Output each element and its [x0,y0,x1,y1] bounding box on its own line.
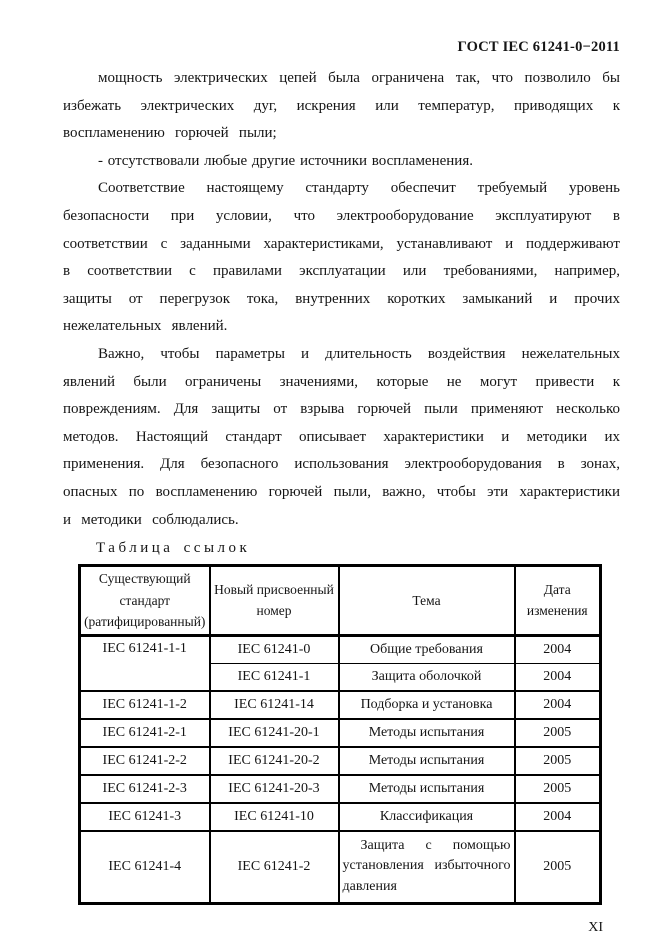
document-code-header: ГОСТ IEC 61241-0−2011 [63,38,620,56]
cell-new-number: IEC 61241-1 [210,663,339,691]
cell-topic: Защита с помощью установления избыточног… [339,831,515,904]
cell-new-number: IEC 61241-20-3 [210,775,339,803]
references-table: Существующий стандарт (ратифицированный)… [78,564,602,905]
cell-new-number: IEC 61241-2 [210,831,339,904]
paragraph-importance: Важно, чтобы параметры и длительность во… [63,341,620,534]
cell-existing-standard: IEC 61241-1-2 [80,691,210,719]
cell-new-number: IEC 61241-20-1 [210,719,339,747]
table-row: IEC 61241-2-1 IEC 61241-20-1 Методы испы… [80,719,601,747]
table-row: IEC 61241-1-1 IEC 61241-0 Общие требован… [80,635,601,663]
table-row: IEC 61241-2-3 IEC 61241-20-3 Методы испы… [80,775,601,803]
cell-new-number: IEC 61241-10 [210,803,339,831]
cell-existing-standard: IEC 61241-4 [80,831,210,904]
cell-existing-standard: IEC 61241-2-3 [80,775,210,803]
cell-existing-standard: IEC 61241-3 [80,803,210,831]
references-table-header: Существующий стандарт (ратифицированный)… [80,566,601,636]
cell-change-date: 2005 [515,719,601,747]
table-row: IEC 61241-3 IEC 61241-10 Классификация 2… [80,803,601,831]
cell-existing-standard: IEC 61241-2-1 [80,719,210,747]
cell-new-number: IEC 61241-14 [210,691,339,719]
paragraph-compliance: Соответствие настоящему стандарту обеспе… [63,175,620,341]
table-row: IEC 61241-1-2 IEC 61241-14 Подборка и ус… [80,691,601,719]
column-header-topic: Тема [339,566,515,636]
cell-change-date: 2005 [515,831,601,904]
cell-topic: Классификация [339,803,515,831]
cell-topic: Методы испытания [339,747,515,775]
cell-new-number: IEC 61241-0 [210,635,339,663]
cell-topic: Методы испытания [339,775,515,803]
cell-topic: Методы испытания [339,719,515,747]
page-number: XI [63,920,620,936]
column-header-change-date: Дата изменения [515,566,601,636]
cell-change-date: 2004 [515,691,601,719]
table-header-row: Существующий стандарт (ратифицированный)… [80,566,601,636]
cell-topic: Общие требования [339,635,515,663]
cell-change-date: 2004 [515,635,601,663]
document-page: ГОСТ IEC 61241-0−2011 мощность электриче… [0,0,661,936]
cell-new-number: IEC 61241-20-2 [210,747,339,775]
column-header-new-number: Новый присвоенный номер [210,566,339,636]
cell-topic: Защита оболочкой [339,663,515,691]
column-header-existing-standard: Существующий стандарт (ратифицированный) [80,566,210,636]
cell-change-date: 2005 [515,747,601,775]
paragraph-no-other-sources: - отсутствовали любые другие источники в… [63,148,620,176]
body-text-block: мощность электрических цепей была ограни… [63,65,620,534]
cell-existing-standard: IEC 61241-1-1 [80,635,210,691]
table-row: IEC 61241-2-2 IEC 61241-20-2 Методы испы… [80,747,601,775]
cell-topic: Подборка и установка [339,691,515,719]
cell-change-date: 2004 [515,663,601,691]
cell-change-date: 2004 [515,803,601,831]
cell-existing-standard: IEC 61241-2-2 [80,747,210,775]
table-row: IEC 61241-4 IEC 61241-2 Защита с помощью… [80,831,601,904]
cell-change-date: 2005 [515,775,601,803]
paragraph-circuit-power: мощность электрических цепей была ограни… [63,65,620,148]
table-caption: Таблица ссылок [63,537,620,559]
